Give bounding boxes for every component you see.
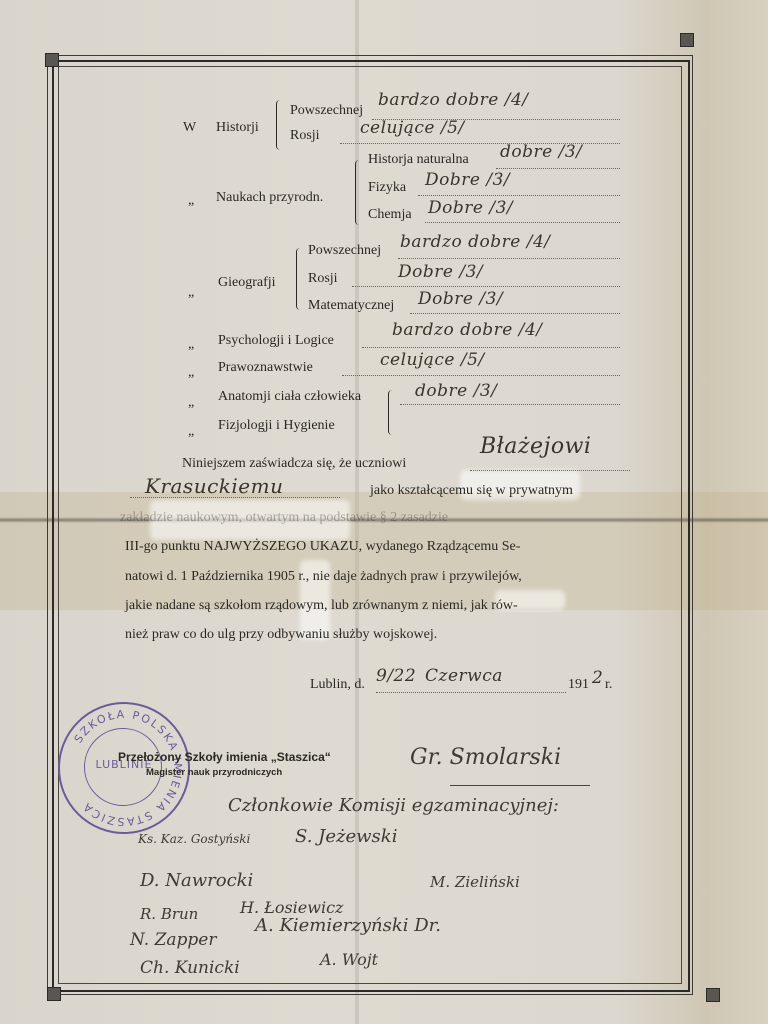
dotted-line (425, 222, 620, 223)
ditto-mark: „ (188, 193, 194, 209)
student-first-name: Błażejowi (480, 434, 591, 459)
dotted-line (342, 375, 620, 376)
cert-line-3: zakładzie naukowym, otwartym na podstawi… (120, 510, 448, 526)
year-prefix: 191 (568, 677, 589, 693)
commission-signature: D. Nawrocki (140, 870, 253, 891)
cert-line-5: natowi d. 1 Października 1905 r., nie da… (125, 569, 522, 585)
place-prefix: Lublin, d. (310, 677, 365, 693)
frame-corner-ornament (45, 53, 59, 67)
label-geo-powszechnej: Powszechnej (308, 243, 381, 259)
frame-corner-ornament (680, 33, 694, 47)
label-matematycznej: Matematycznej (308, 298, 394, 314)
label-w: W (183, 120, 196, 136)
year-digit: 2 (592, 668, 603, 688)
cert-line-7: nież praw co do ulg przy odbywaniu służb… (125, 627, 437, 643)
grade-fizyka: Dobre /3/ (425, 170, 510, 190)
ditto-mark: „ (188, 424, 194, 440)
dotted-line (376, 692, 566, 693)
grade-geo-powszechnej: bardzo dobre /4/ (400, 232, 550, 252)
label-prawoznawstwie: Prawoznawstwie (218, 360, 313, 376)
dotted-line (410, 313, 620, 314)
commission-signature: R. Brun (140, 905, 198, 923)
dotted-line (398, 258, 620, 259)
signatory-subtitle: Magister nauk przyrodniczych (146, 767, 282, 778)
grade-hist-powszechnej: bardzo dobre /4/ (378, 90, 528, 110)
grade-prawoznawstwie: celujące /5/ (380, 350, 485, 370)
label-psychologji: Psychologji i Logice (218, 333, 334, 349)
ditto-mark: „ (188, 285, 194, 301)
date-day: 9/22 (376, 666, 416, 686)
principal-signature: Gr. Smolarski (410, 745, 561, 770)
commission-signature: Ch. Kunicki (140, 958, 240, 978)
grade-psychologji: bardzo dobre /4/ (392, 320, 542, 340)
label-geo-rosji: Rosji (308, 271, 338, 287)
ditto-mark: „ (188, 395, 194, 411)
brace (276, 100, 283, 150)
date-month: Czerwca (425, 666, 503, 686)
label-naukach: Naukach przyrodn. (216, 190, 323, 206)
certificate-page: W Historji Powszechnej bardzo dobre /4/ … (0, 0, 768, 1024)
label-historji: Historji (216, 120, 259, 136)
cert-line-6: jakie nadane są szkołom rządowym, lub zr… (125, 598, 518, 614)
dotted-line (470, 470, 630, 471)
student-last-name: Krasuckiemu (145, 474, 283, 498)
grade-chemja: Dobre /3/ (428, 198, 513, 218)
commission-signature: A. Wojt (320, 950, 378, 969)
cert-line-4: III-go punktu NAJWYŻSZEGO UKAZU, wydaneg… (125, 539, 520, 555)
commission-heading: Członkowie Komisji egzaminacyjnej: (228, 795, 559, 816)
frame-corner-ornament (706, 988, 720, 1002)
label-powszechnej: Powszechnej (290, 103, 363, 119)
commission-signature: S. Jeżewski (295, 826, 397, 847)
label-historja-naturalna: Historja naturalna (368, 152, 469, 168)
grade-geo-rosji: Dobre /3/ (398, 262, 483, 282)
label-gieografji: Gieografji (218, 275, 276, 291)
label-fizyka: Fizyka (368, 180, 406, 196)
cert-line-2: jako kształcącemu się w prywatnym (370, 483, 573, 499)
ditto-mark: „ (188, 337, 194, 353)
grade-anatomji-fizjologji: dobre /3/ (415, 381, 497, 401)
signature-underline (450, 785, 590, 786)
label-chemja: Chemja (368, 207, 412, 223)
signatory-title: Przełożony Szkoły imienia „Staszica“ (118, 750, 331, 764)
dotted-line (362, 347, 620, 348)
dotted-line (352, 286, 620, 287)
dotted-line (400, 404, 620, 405)
grade-matematycznej: Dobre /3/ (418, 289, 503, 309)
brace (296, 248, 303, 310)
frame-corner-ornament (47, 987, 61, 1001)
year-suffix: r. (605, 677, 612, 693)
label-rosji: Rosji (290, 128, 320, 144)
commission-signature: N. Zapper (130, 930, 217, 950)
commission-signature: A. Kiemierzyński Dr. (255, 915, 441, 936)
grade-hist-rosji: celujące /5/ (360, 118, 465, 138)
commission-signature: Ks. Kaz. Gostyński (138, 832, 250, 846)
commission-signature: M. Zieliński (430, 873, 520, 891)
grade-historja-naturalna: dobre /3/ (500, 142, 582, 162)
label-anatomji: Anatomji ciała człowieka (218, 389, 361, 405)
label-fizjologji: Fizjologji i Hygienie (218, 418, 335, 434)
brace (355, 160, 362, 225)
brace (388, 390, 395, 435)
dotted-line (418, 195, 620, 196)
ditto-mark: „ (188, 365, 194, 381)
cert-line-1: Niniejszem zaświadcza się, że uczniowi (182, 456, 406, 472)
dotted-line (496, 168, 620, 169)
